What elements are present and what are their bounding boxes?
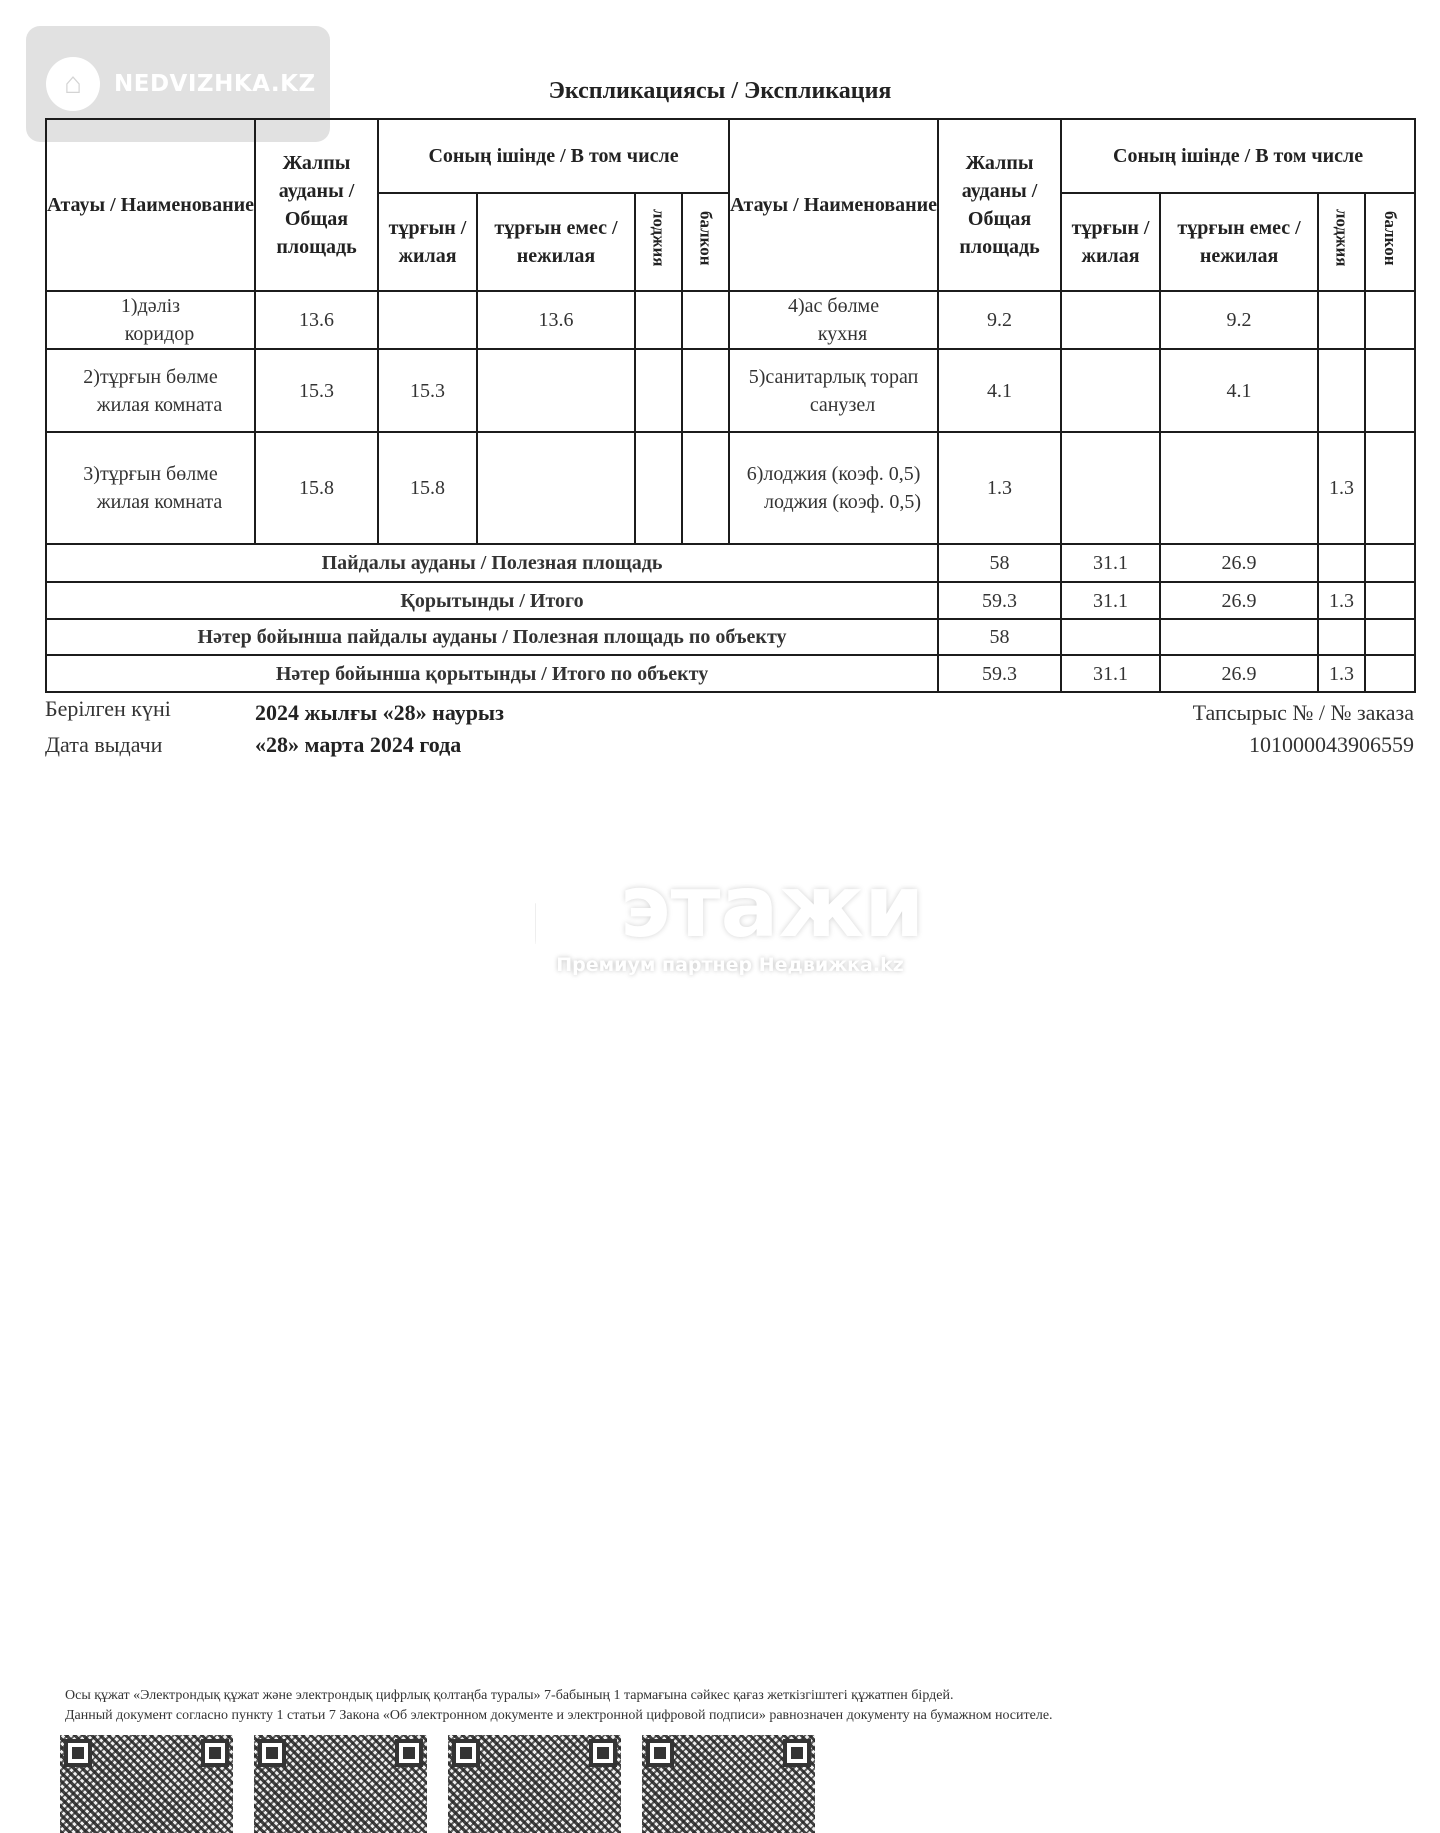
table-row: 2)тұрғын бөлмежилая комната 15.3 15.3 5)…: [46, 349, 1415, 432]
room-name: 2)тұрғын бөлмежилая комната: [46, 349, 255, 432]
room-nonliving: 4.1: [1160, 349, 1318, 432]
room-total: 13.6: [255, 291, 378, 349]
header-total: Жалпы ауданы / Общая площадь: [938, 119, 1061, 291]
summary-nonliving: 26.9: [1160, 544, 1318, 582]
summary-total: 58: [938, 619, 1061, 655]
header-including: Соның ішінде / В том числе: [1061, 119, 1415, 193]
header-total: Жалпы ауданы / Общая площадь: [255, 119, 378, 291]
summary-nonliving: 26.9: [1160, 582, 1318, 619]
room-loggia: [635, 291, 682, 349]
header-balcony: балкон: [682, 193, 729, 291]
header-nonliving: тұрғын емес / нежилая: [1160, 193, 1318, 291]
qr-code: [60, 1735, 233, 1833]
issue-date-ru: «28» марта 2024 года: [255, 732, 461, 758]
room-name: 3)тұрғын бөлмежилая комната: [46, 432, 255, 544]
partner-tagline: Премиум партнер Недвижка.kz: [520, 954, 940, 976]
room-balcony: [1365, 349, 1415, 432]
summary-row: Пайдалы ауданы / Полезная площадь 58 31.…: [46, 544, 1415, 582]
room-living: 15.8: [378, 432, 477, 544]
etazhi-logo: этажи: [520, 862, 940, 952]
room-living: [1061, 291, 1160, 349]
summary-row: Қорытынды / Итого 59.3 31.1 26.9 1.3: [46, 582, 1415, 619]
summary-balcony: [1365, 619, 1415, 655]
header-loggia: лоджия: [635, 193, 682, 291]
order-number: 101000043906559: [1249, 732, 1414, 758]
issue-date-kz: 2024 жылғы «28» наурыз: [255, 700, 504, 726]
room-nonliving: [1160, 432, 1318, 544]
summary-row: Нәтер бойынша қорытынды / Итого по объек…: [46, 655, 1415, 692]
room-nonliving: [477, 432, 635, 544]
room-total: 15.3: [255, 349, 378, 432]
room-living: 15.3: [378, 349, 477, 432]
room-nonliving: [477, 349, 635, 432]
room-balcony: [682, 349, 729, 432]
header-name: Атауы / Наименование: [46, 119, 255, 291]
summary-row: Нәтер бойынша пайдалы ауданы / Полезная …: [46, 619, 1415, 655]
summary-loggia: 1.3: [1318, 655, 1365, 692]
summary-total: 58: [938, 544, 1061, 582]
room-loggia: [1318, 349, 1365, 432]
room-loggia: 1.3: [1318, 432, 1365, 544]
header-name: Атауы / Наименование: [729, 119, 938, 291]
summary-living: 31.1: [1061, 655, 1160, 692]
order-label: Тапсырыс № / № заказа: [1193, 700, 1414, 726]
room-total: 4.1: [938, 349, 1061, 432]
summary-balcony: [1365, 544, 1415, 582]
room-loggia: [635, 349, 682, 432]
room-total: 9.2: [938, 291, 1061, 349]
document-title: Экспликациясы / Экспликация: [0, 78, 1440, 105]
summary-total: 59.3: [938, 582, 1061, 619]
header-nonliving: тұрғын емес / нежилая: [477, 193, 635, 291]
room-loggia: [635, 432, 682, 544]
summary-nonliving: [1160, 619, 1318, 655]
explication-table: Атауы / Наименование Жалпы ауданы / Обща…: [45, 118, 1416, 693]
room-total: 15.8: [255, 432, 378, 544]
summary-living: 31.1: [1061, 544, 1160, 582]
header-balcony: балкон: [1365, 193, 1415, 291]
room-name: 6)лоджия (коэф. 0,5)лоджия (коэф. 0,5): [729, 432, 938, 544]
room-balcony: [682, 291, 729, 349]
summary-label: Нәтер бойынша қорытынды / Итого по объек…: [46, 655, 938, 692]
room-total: 1.3: [938, 432, 1061, 544]
summary-living: [1061, 619, 1160, 655]
issue-label-ru: Дата выдачи: [45, 732, 162, 758]
qr-code: [254, 1735, 427, 1833]
summary-label: Пайдалы ауданы / Полезная площадь: [46, 544, 938, 582]
room-living: [1061, 349, 1160, 432]
room-living: [378, 291, 477, 349]
room-balcony: [1365, 291, 1415, 349]
summary-label: Қорытынды / Итого: [46, 582, 938, 619]
room-balcony: [1365, 432, 1415, 544]
header-row-1: Атауы / Наименование Жалпы ауданы / Обща…: [46, 119, 1415, 193]
room-balcony: [682, 432, 729, 544]
summary-living: 31.1: [1061, 582, 1160, 619]
summary-loggia: [1318, 619, 1365, 655]
summary-total: 59.3: [938, 655, 1061, 692]
table-row: 3)тұрғын бөлмежилая комната 15.8 15.8 6)…: [46, 432, 1415, 544]
header-including: Соның ішінде / В том числе: [378, 119, 729, 193]
room-nonliving: 13.6: [477, 291, 635, 349]
etazhi-watermark: этажи Премиум партнер Недвижка.kz: [520, 862, 940, 976]
summary-loggia: [1318, 544, 1365, 582]
room-name: 1)дәлізкоридор: [46, 291, 255, 349]
legal-text-kz: Осы құжат «Электрондық құжат және электр…: [65, 1688, 953, 1704]
room-name: 5)санитарлық торапсанузел: [729, 349, 938, 432]
room-loggia: [1318, 291, 1365, 349]
room-name: 4)ас бөлмекухня: [729, 291, 938, 349]
header-loggia: лоджия: [1318, 193, 1365, 291]
building-icon: [536, 886, 606, 944]
issue-label-kz: Берілген күні: [45, 696, 171, 722]
table-row: 1)дәлізкоридор 13.6 13.6 4)ас бөлмекухня…: [46, 291, 1415, 349]
room-living: [1061, 432, 1160, 544]
summary-balcony: [1365, 655, 1415, 692]
summary-label: Нәтер бойынша пайдалы ауданы / Полезная …: [46, 619, 938, 655]
summary-loggia: 1.3: [1318, 582, 1365, 619]
qr-code: [642, 1735, 815, 1833]
room-nonliving: 9.2: [1160, 291, 1318, 349]
header-living: тұрғын / жилая: [1061, 193, 1160, 291]
legal-text-ru: Данный документ согласно пункту 1 статьи…: [65, 1708, 1053, 1724]
summary-nonliving: 26.9: [1160, 655, 1318, 692]
summary-balcony: [1365, 582, 1415, 619]
qr-code: [448, 1735, 621, 1833]
header-living: тұрғын / жилая: [378, 193, 477, 291]
